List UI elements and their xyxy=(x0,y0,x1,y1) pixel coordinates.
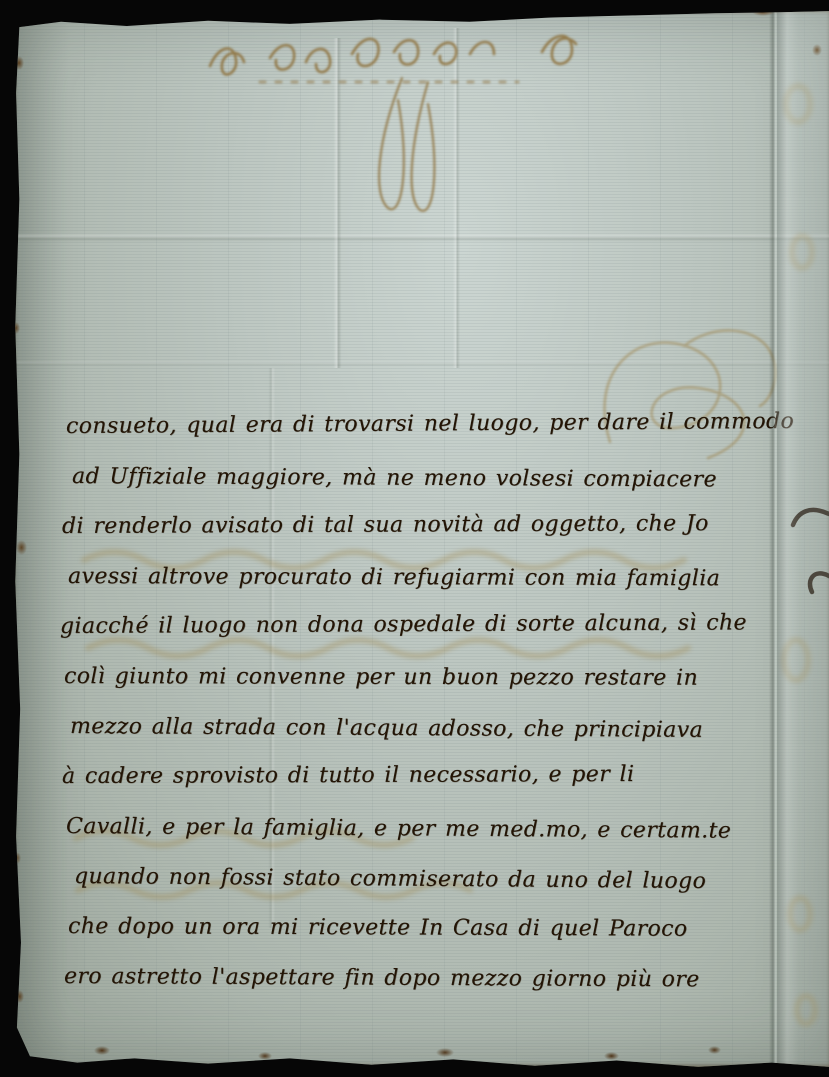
manuscript-line: ad Uffiziale maggiore, mà ne meno volses… xyxy=(72,452,774,506)
manuscript-line: avessi altrove procurato di refugiarmi c… xyxy=(68,552,774,604)
manuscript-line: giacché il luogo non dona ospedale di so… xyxy=(60,598,774,652)
adjacent-page-strip xyxy=(777,8,829,1070)
manuscript-line: Cavalli, e per la famiglia, e per me med… xyxy=(66,802,774,857)
manuscript-line: quando non fossi stato commiserato da un… xyxy=(74,852,774,907)
manuscript-page: consueto, qual era di trovarsi nel luogo… xyxy=(12,8,829,1070)
manuscript-line: mezzo alla strada con l'acqua adosso, ch… xyxy=(70,702,774,756)
mirrored-writing-bleedthrough xyxy=(210,36,576,211)
manuscript-line: à cadere sprovisto di tutto il necessari… xyxy=(62,750,774,802)
manuscript-line: consueto, qual era di trovarsi nel luogo… xyxy=(66,397,774,452)
manuscript-line: di renderlo avisato di tal sua novità ad… xyxy=(62,499,774,552)
handwritten-text-block: consueto, qual era di trovarsi nel luogo… xyxy=(58,402,774,1002)
manuscript-line: ero astretto l'aspettare fin dopo mezzo … xyxy=(64,952,774,1006)
manuscript-line: colì giunto mi convenne per un buon pezz… xyxy=(64,652,774,704)
scan-background: consueto, qual era di trovarsi nel luogo… xyxy=(0,0,829,1077)
manuscript-line: che dopo un ora mi ricevette In Casa di … xyxy=(68,902,774,955)
